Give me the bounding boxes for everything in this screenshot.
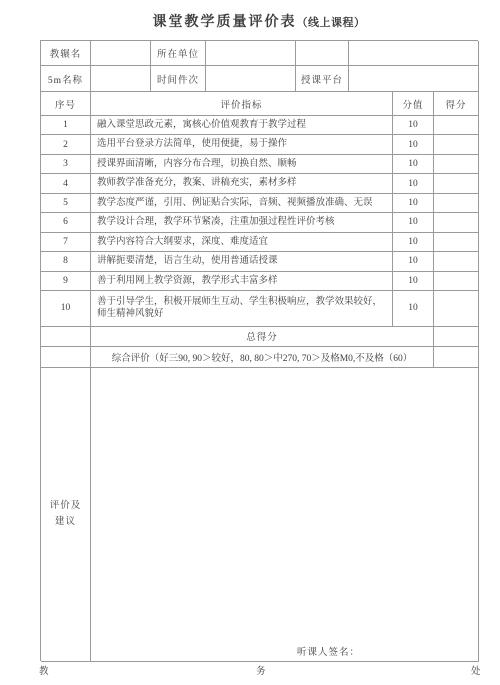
time-session-value xyxy=(206,66,296,92)
item-no: 9 xyxy=(41,272,91,291)
item-score-cell xyxy=(434,194,479,213)
evaluation-table: 教辗名 所在单位 5m名称 时间件次 授课平台 序号 评价指标 分值 得分 1 … xyxy=(40,40,478,661)
item-text: 教师教学准备充分，教案、讲稿充实，素材多样 xyxy=(91,174,393,193)
item-no: 10 xyxy=(41,291,91,327)
item-points: 10 xyxy=(393,252,434,271)
item-no: 8 xyxy=(41,252,91,271)
footer-char-wu: 务 xyxy=(256,663,266,677)
table-row: 6 教学设计合理，教学环节紧凑，注重加强过程性评价考核 10 xyxy=(41,213,478,232)
header-no: 序号 xyxy=(41,92,91,116)
info-row1-last-cell xyxy=(349,41,479,66)
total-score-row: 总得分 xyxy=(41,327,478,347)
score-header-row: 序号 评价指标 分值 得分 xyxy=(41,92,478,116)
table-row: 10 善于引导学生，积极开展师生互动、学生积极响应，教学效果较好，师生精神风貌好… xyxy=(41,291,478,327)
item-points: 10 xyxy=(393,194,434,213)
teacher-name-value xyxy=(91,41,151,66)
item-score-cell xyxy=(434,174,479,193)
item-score-cell xyxy=(434,272,479,291)
item-text: 教学设计合理，教学环节紧凑，注重加强过程性评价考核 xyxy=(91,213,393,232)
item-points: 10 xyxy=(393,116,434,135)
item-no: 4 xyxy=(41,174,91,193)
time-session-label: 时间件次 xyxy=(151,66,206,92)
item-no: 5 xyxy=(41,194,91,213)
header-points: 分值 xyxy=(393,92,434,116)
item-no: 7 xyxy=(41,233,91,252)
info-row-course: 5m名称 时间件次 授课平台 xyxy=(41,66,478,92)
item-no: 1 xyxy=(41,116,91,135)
item-text: 融入课堂思政元素，寓核心价值观教育于教学过程 xyxy=(91,116,393,135)
item-score-cell xyxy=(434,291,479,327)
course-name-value xyxy=(91,66,151,92)
overall-evaluation-label: 综合评价（好三90, 90＞较好，80, 80＞中270, 70＞及格M0,不及… xyxy=(91,347,434,368)
comments-area: 听课人签名： xyxy=(91,368,479,662)
item-points: 10 xyxy=(393,291,434,327)
header-indicator: 评价指标 xyxy=(91,92,393,116)
footer-char-jiao: 教 xyxy=(39,663,49,677)
page-title-sub: （线上课程） xyxy=(297,17,366,29)
footer-char-chu: 处 xyxy=(471,663,481,677)
item-points: 10 xyxy=(393,174,434,193)
course-name-label: 5m名称 xyxy=(41,66,91,92)
table-row: 1 融入课堂思政元素，寓核心价值观教育于教学过程 10 xyxy=(41,116,478,135)
item-text: 教学内容符合大纲要求，深度、难度适宜 xyxy=(91,233,393,252)
item-no: 6 xyxy=(41,213,91,232)
item-text: 选用平台登录方法简单，使用便捷，易于操作 xyxy=(91,135,393,154)
item-points: 10 xyxy=(393,213,434,232)
total-score-label: 总得分 xyxy=(91,327,434,347)
overall-evaluation-row: 综合评价（好三90, 90＞较好，80, 80＞中270, 70＞及格M0,不及… xyxy=(41,347,478,368)
evaluation-form-page: 课堂教学质量评价表（线上课程） 教辗名 所在单位 5m名称 时间件次 授课平台 … xyxy=(0,0,500,685)
item-no: 3 xyxy=(41,155,91,174)
table-row: 8 讲解扼要清楚，语言生动，使用普通话授课 10 xyxy=(41,252,478,271)
item-score-cell xyxy=(434,155,479,174)
comments-label: 评价及 建议 xyxy=(41,368,91,662)
item-text: 讲解扼要清楚，语言生动，使用普通话授课 xyxy=(91,252,393,271)
item-text: 善于引导学生，积极开展师生互动、学生积极响应，教学效果较好，师生精神风貌好 xyxy=(91,291,393,327)
item-points: 10 xyxy=(393,155,434,174)
item-points: 10 xyxy=(393,135,434,154)
header-score: 得分 xyxy=(434,92,479,116)
table-row: 3 授课界面清晰，内容分布合理，切换自然、顺畅 10 xyxy=(41,155,478,174)
total-score-cell xyxy=(434,327,479,347)
item-no: 2 xyxy=(41,135,91,154)
item-points: 10 xyxy=(393,272,434,291)
unit-label: 所在单位 xyxy=(151,41,206,66)
observer-signature-label: 听课人签名： xyxy=(297,644,360,658)
item-score-cell xyxy=(434,213,479,232)
table-row: 4 教师教学准备充分，教案、讲稿充实，素材多样 10 xyxy=(41,174,478,193)
comments-row: 评价及 建议 听课人签名： xyxy=(41,368,478,662)
item-score-cell xyxy=(434,116,479,135)
item-score-cell xyxy=(434,252,479,271)
platform-label: 授课平台 xyxy=(296,66,349,92)
page-title: 课堂教学质量评价表（线上课程） xyxy=(40,11,478,31)
platform-value xyxy=(349,66,479,92)
item-score-cell xyxy=(434,135,479,154)
item-points: 10 xyxy=(393,233,434,252)
info-row1-extra-cell xyxy=(296,41,349,66)
item-text: 授课界面清晰，内容分布合理，切换自然、顺畅 xyxy=(91,155,393,174)
page-title-main: 课堂教学质量评价表 xyxy=(153,15,297,30)
unit-value xyxy=(206,41,296,66)
item-text: 善于利用网上教学资源，教学形式丰富多样 xyxy=(91,272,393,291)
overall-evaluation-cell xyxy=(434,347,479,368)
overall-row-left-cell xyxy=(41,347,91,368)
table-row: 5 教学态度严谨，引用、例证贴合实际，音频、视频播放准确、无误 10 xyxy=(41,194,478,213)
table-row: 9 善于利用网上教学资源，教学形式丰富多样 10 xyxy=(41,272,478,291)
item-text: 教学态度严谨，引用、例证贴合实际，音频、视频播放准确、无误 xyxy=(91,194,393,213)
info-row-teacher: 教辗名 所在单位 xyxy=(41,41,478,66)
teacher-name-label: 教辗名 xyxy=(41,41,91,66)
table-row: 7 教学内容符合大纲要求，深度、难度适宜 10 xyxy=(41,233,478,252)
table-row: 2 选用平台登录方法简单，使用便捷，易于操作 10 xyxy=(41,135,478,154)
total-row-left-cell xyxy=(41,327,91,347)
item-score-cell xyxy=(434,233,479,252)
